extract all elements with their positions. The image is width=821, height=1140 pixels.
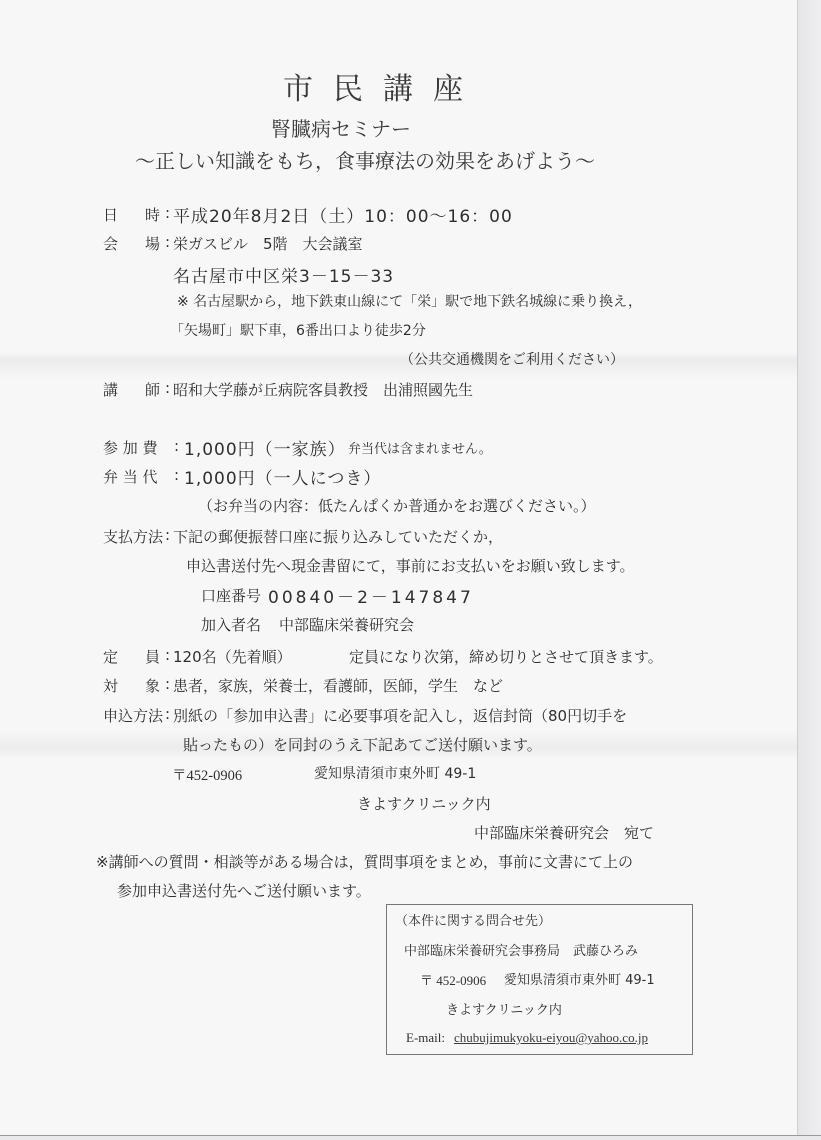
application-recipient: 中部臨床栄養研究会 宛て	[474, 822, 654, 843]
seminar-tagline: ～正しい知識をもち，食事療法の効果をあげよう～	[135, 145, 595, 174]
payment-line2: 申込書送付先へ現金書留にて，事前にお支払いをお願い致します。	[186, 555, 635, 576]
page-title: 市民講座	[283, 64, 483, 108]
colon: :	[165, 646, 170, 664]
lecturer-label-b: 師	[145, 379, 160, 400]
lecturer-label-a: 講	[103, 379, 118, 400]
venue-address: 名古屋市中区栄3－15－33	[173, 262, 394, 287]
contact-address: 愛知県清須市東外町 49-1	[504, 969, 655, 988]
colon: :	[165, 675, 170, 693]
colon: :	[174, 437, 179, 455]
payment-line1: 下記の郵便振替口座に振り込みしていただくか，	[173, 526, 503, 547]
capacity-label-b: 員	[145, 646, 160, 667]
contact-email-link[interactable]: chubujimukyoku-eiyou@yahoo.co.jp	[454, 1030, 648, 1046]
contact-office: 中部臨床栄養研究会事務局 武藤ひろみ	[404, 940, 638, 959]
seminar-subtitle: 腎臓病セミナー	[271, 113, 411, 142]
datetime-label-a: 日	[103, 204, 118, 225]
venue-access-line1: ※ 名古屋駅から，地下鉄東山線にて「栄」駅で地下鉄名城線に乗り換え，	[177, 291, 642, 311]
application-address: 愛知県清須市東外町 49-1	[314, 763, 476, 783]
colon: :	[165, 204, 170, 222]
lunch-note: （お弁当の内容：低たんぱくか普通かをお選びください。）	[198, 495, 596, 516]
questions-line1: ※講師への質問・相談等がある場合は，質問事項をまとめ，事前に文書にて上の	[96, 851, 633, 872]
colon: :	[165, 233, 170, 251]
colon: :	[165, 526, 170, 544]
account-number: 00840－2－147847	[268, 583, 474, 608]
capacity-label-a: 定	[103, 646, 118, 667]
audience-label-b: 象	[145, 675, 160, 696]
paper-edge-right	[797, 0, 821, 1140]
colon: :	[174, 466, 179, 484]
contact-heading: （本件に関する問合せ先）	[395, 910, 551, 929]
venue-value: 栄ガスビル 5階 大会議室	[173, 233, 363, 254]
capacity-value: 120名（先着順）	[173, 646, 292, 667]
venue-access-line2: 「矢場町」駅下車，6番出口より徒歩2分	[170, 320, 426, 340]
application-line2: 貼ったもの）を同封のうえ下記あてご送付願います。	[183, 734, 542, 755]
questions-line2: 参加申込書送付先へご送付願います。	[117, 880, 371, 901]
account-label: 口座番号	[201, 585, 261, 606]
lunch-value: 1,000円（一人につき）	[184, 464, 381, 489]
fee-value: 1,000円（一家族）	[184, 435, 346, 460]
venue-label-a: 会	[103, 233, 118, 254]
colon: :	[165, 379, 170, 397]
application-line1: 別紙の「参加申込書」に必要事項を記入し，返信封筒（80円切手を	[173, 705, 627, 726]
fee-note: 弁当代は含まれません。	[348, 438, 492, 457]
holder-name: 中部臨床栄養研究会	[279, 614, 414, 635]
application-clinic: きよすクリニック内	[357, 793, 491, 814]
payment-label: 支払方法	[103, 526, 163, 547]
audience-label-a: 対	[103, 675, 118, 696]
venue-label-b: 場	[145, 233, 160, 254]
lecturer-value: 昭和大学藤が丘病院客員教授 出浦照國先生	[173, 379, 473, 400]
application-postal: 〒452-0906	[172, 764, 242, 785]
venue-access-note: （公共交通機関をご利用ください）	[400, 349, 624, 369]
contact-email-label: E-mail:	[406, 1030, 445, 1046]
colon: :	[165, 705, 170, 723]
application-label: 申込方法	[103, 705, 163, 726]
holder-label: 加入者名	[201, 614, 261, 635]
contact-clinic: きよすクリニック内	[446, 999, 562, 1018]
fee-label: 参 加 費	[103, 437, 158, 458]
lunch-label: 弁 当 代	[103, 466, 158, 487]
datetime-label-b: 時	[145, 204, 160, 225]
flyer-page: 市民講座 腎臓病セミナー ～正しい知識をもち，食事療法の効果をあげよう～ 日 時…	[0, 0, 797, 1135]
contact-postal: 〒 452-0906	[420, 970, 486, 989]
datetime-value: 平成20年8月2日（土）10：00～16：00	[173, 202, 513, 227]
capacity-note: 定員になり次第，締め切りとさせて頂きます。	[349, 646, 663, 667]
paper-edge-bottom	[0, 1135, 821, 1140]
audience-value: 患者，家族，栄養士，看護師，医師，学生 など	[173, 675, 503, 696]
